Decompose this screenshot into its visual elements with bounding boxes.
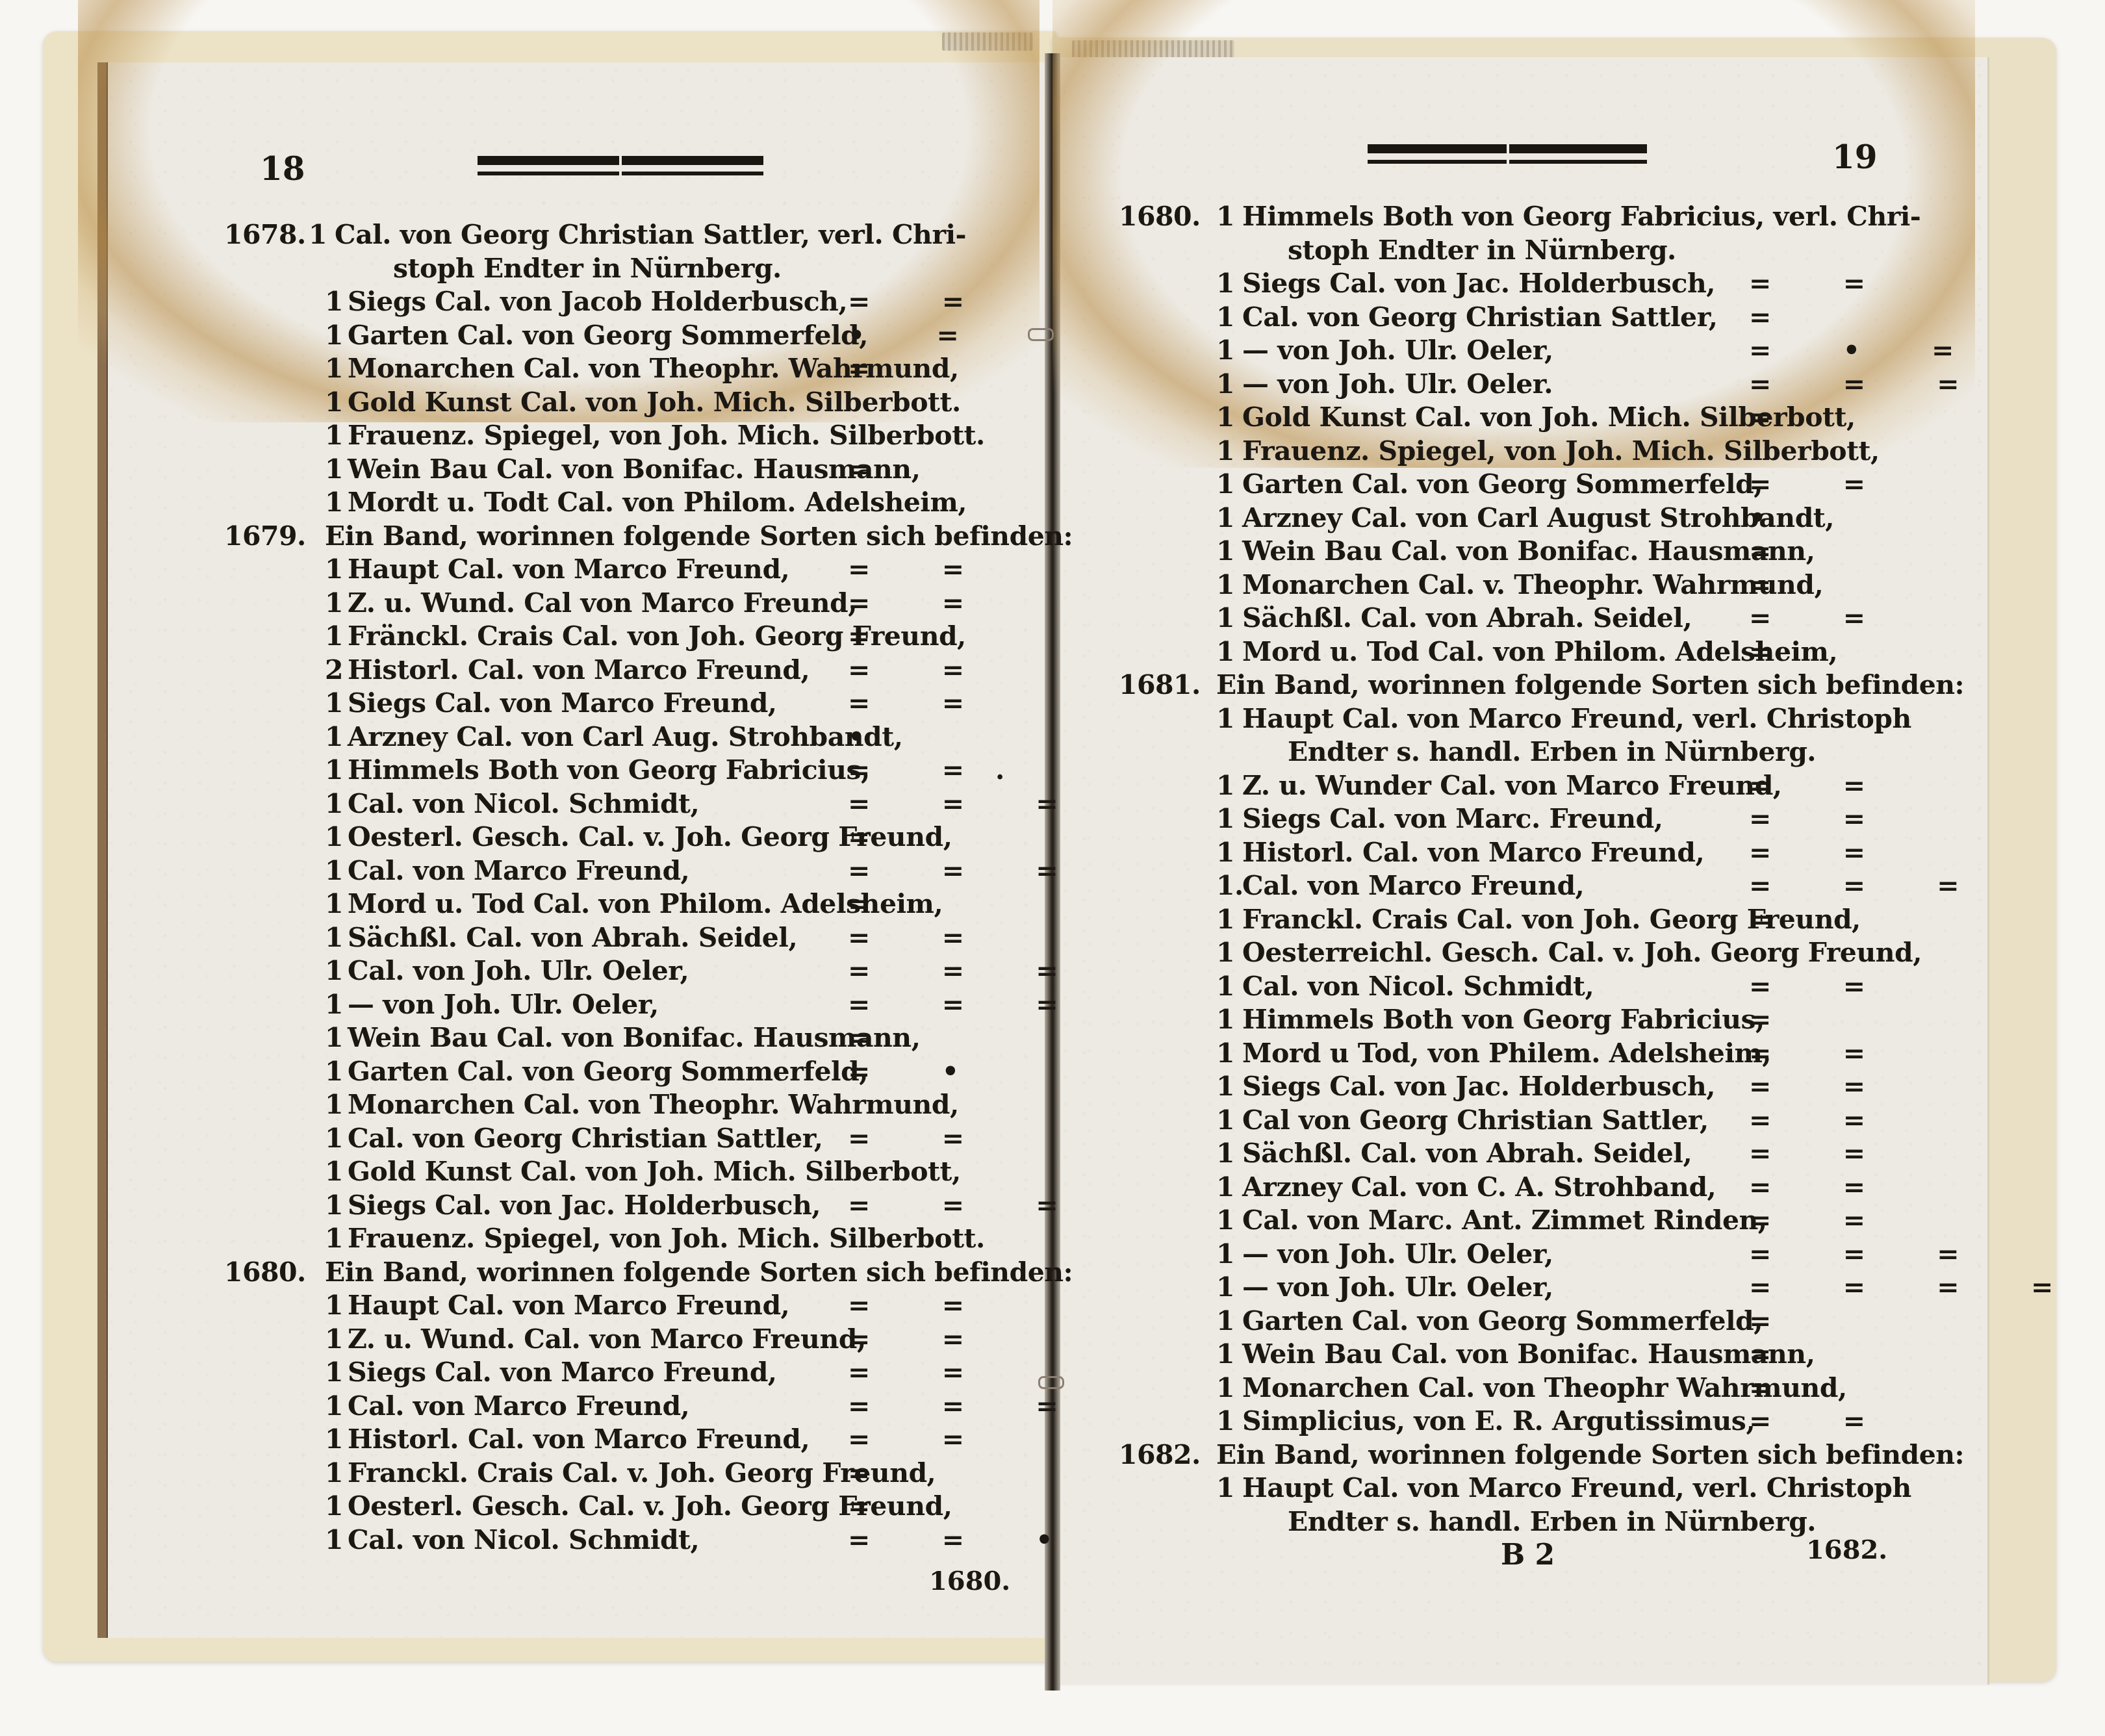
ditto-marks: = = [1749, 267, 1896, 301]
quantity: 1 [325, 1088, 343, 1122]
quantity: 1 [325, 319, 343, 353]
entry-text: Endter s. handl. Erben in Nürnberg. [1288, 1505, 1816, 1539]
entry-line: 1Gold Kunst Cal. von Joh. Mich. Silberbo… [1119, 401, 1918, 435]
entry-line: 1Oesterl. Gesch. Cal. v. Joh. Georg Freu… [224, 821, 1036, 854]
entry-text: Z. u. Wund. Cal. von Marco Freund, [348, 1323, 866, 1357]
ditto-marks: = [1749, 1372, 1802, 1405]
entry-line: 1Wein Bau Cal. von Bonifac. Hausmann,= [224, 453, 1036, 487]
entry-text: Cal. von Georg Christian Sattler, [1242, 301, 1718, 335]
quantity: 1 [325, 1457, 343, 1490]
entry-line: 1Z. u. Wund. Cal von Marco Freund,= = [224, 587, 1036, 620]
entry-text: Mordt u. Todt Cal. von Philom. Adelsheim… [348, 486, 967, 520]
entry-text: Garten Cal. von Georg Sommerfeld, [348, 319, 868, 353]
ditto-marks: = [1749, 535, 1802, 568]
entry-text: Ein Band, worinnen folgende Sorten sich … [325, 1256, 1073, 1290]
ditto-marks: = = [848, 1323, 995, 1357]
entry-text: Ein Band, worinnen folgende Sorten sich … [1216, 1438, 1964, 1472]
year-label: 1681. [1119, 669, 1201, 702]
entry-text: Oesterreichl. Gesch. Cal. v. Joh. Georg … [1242, 936, 1922, 970]
ditto-marks: = [1749, 568, 1802, 602]
entry-line: 1Historl. Cal. von Marco Freund,= = [224, 1423, 1036, 1457]
entry-text: Cal. von Marc. Ant. Zimmet Rinden, [1242, 1204, 1767, 1238]
year-heading-line: 1680.Ein Band, worinnen folgende Sorten … [224, 1256, 1036, 1290]
ditto-marks: = = = [848, 954, 1090, 988]
ditto-marks: = = • [848, 1524, 1084, 1557]
quantity: 1 [325, 386, 343, 420]
year-label: 1679. [224, 520, 306, 554]
entry-line: 1Mord u Tod, von Philem. Adelsheim,= = [1119, 1037, 1918, 1071]
entry-line: 1Franckl. Crais Cal. von Joh. Georg Freu… [1119, 903, 1918, 937]
quantity: 1 [325, 1390, 343, 1423]
quantity: 1 [325, 1021, 343, 1055]
quantity: 1 [325, 721, 343, 754]
entry-line: 1Wein Bau Cal. von Bonifac. Hausmann,= [224, 1021, 1036, 1055]
quantity: 1 [325, 1189, 343, 1223]
quantity: 1 [1216, 903, 1234, 937]
entry-line: 1Cal. von Georg Christian Sattler,= [1119, 301, 1918, 335]
quantity: 1 [1216, 267, 1234, 301]
entry-line: 1Mordt u. Todt Cal. von Philom. Adelshei… [224, 486, 1036, 520]
entry-text: Himmels Both von Georg Fabricius, [348, 754, 870, 787]
quantity: 1 [1216, 1338, 1234, 1372]
quantity: 1 [1216, 1472, 1234, 1505]
entry-text: Cal von Georg Christian Sattler, [1242, 1104, 1709, 1138]
entry-line: 1Siegs Cal. von Marco Freund,= = [224, 1356, 1036, 1390]
entry-text: Gold Kunst Cal. von Joh. Mich. Silberbot… [348, 386, 961, 420]
quantity: 1 [325, 887, 343, 921]
quantity: 1 [1216, 301, 1234, 335]
continuation-line: Endter s. handl. Erben in Nürnberg. [1119, 1505, 1918, 1539]
entry-line: 1Haupt Cal. von Marco Freund, verl. Chri… [1119, 702, 1918, 736]
entry-line: 1Sächßl. Cal. von Abrah. Seidel,= = [1119, 602, 1918, 635]
entry-text: Wein Bau Cal. von Bonifac. Hausmann, [348, 1021, 920, 1055]
header-rule-right [1368, 144, 1647, 166]
ditto-marks: = = [1749, 1137, 1896, 1171]
ditto-marks: = [1749, 903, 1802, 937]
entry-line: 1Oesterl. Gesch. Cal. v. Joh. Georg Freu… [224, 1490, 1036, 1524]
quantity: 1 [1216, 1271, 1234, 1305]
entry-text: Gold Kunst Cal. von Joh. Mich. Silberbot… [348, 1155, 961, 1189]
entry-line: 1Frauenz. Spiegel, von Joh. Mich. Silber… [1119, 435, 1918, 468]
entry-text: Siegs Cal. von Jac. Holderbusch, [348, 1189, 821, 1223]
entry-text: Wein Bau Cal. von Bonifac. Hausmann, [348, 453, 920, 487]
catchword-left: 1680. [929, 1566, 1010, 1596]
entry-line: 1Historl. Cal. von Marco Freund,= = [1119, 836, 1918, 870]
quantity: 2 [325, 654, 343, 687]
quantity: 1 [1216, 802, 1234, 836]
right-page-text: 1680.1Himmels Both von Georg Fabricius, … [1119, 200, 1918, 1538]
entry-text: Mord u. Tod Cal. von Philom. Adelsheim, [1242, 635, 1837, 669]
ditto-marks: = = [1749, 836, 1896, 870]
quantity: 1 [1216, 1372, 1234, 1405]
entry-text: Haupt Cal. von Marco Freund, verl. Chris… [1242, 702, 1911, 736]
entry-line: 1Cal. von Georg Christian Sattler,= = [224, 1122, 1036, 1156]
entry-text: Siegs Cal. von Jacob Holderbusch, [348, 285, 847, 319]
headband-left [942, 32, 1033, 51]
entry-text: Haupt Cal. von Marco Freund, [348, 553, 789, 587]
year-label: 1678. [224, 218, 306, 252]
ditto-marks: = = [1749, 1104, 1896, 1138]
ditto-marks: = [1749, 401, 1802, 435]
entry-line: 1Fränckl. Crais Cal. von Joh. Georg Freu… [224, 620, 1036, 654]
ditto-marks: = = [848, 1356, 995, 1390]
entry-text: Historl. Cal. von Marco Freund, [1242, 836, 1704, 870]
quantity: 1 [325, 1524, 343, 1557]
ditto-marks: = [848, 620, 901, 654]
ditto-marks: • [1749, 502, 1797, 535]
quantity: 1 [325, 988, 343, 1022]
entry-text: — von Joh. Ulr. Oeler, [1242, 1238, 1553, 1271]
entry-text: Himmels Both von Georg Fabricius, [1242, 1003, 1765, 1037]
quantity: 1 [1216, 1171, 1234, 1205]
ditto-marks: = = [848, 687, 995, 721]
entry-line: 1Siegs Cal. von Marco Freund,= = [224, 687, 1036, 721]
entry-line: 1Siegs Cal. von Jac. Holderbusch,= = [1119, 1070, 1918, 1104]
quantity: 1 [325, 854, 343, 888]
entry-line: 1Cal. von Marco Freund,= = = [224, 854, 1036, 888]
quantity: 1 [1216, 836, 1234, 870]
entry-text: Ein Band, worinnen folgende Sorten sich … [325, 520, 1073, 554]
ditto-marks: = = [1749, 1204, 1896, 1238]
quantity: 1 [1216, 502, 1234, 535]
entry-text: Endter s. handl. Erben in Nürnberg. [1288, 735, 1816, 769]
quantity: 1 [325, 553, 343, 587]
quantity: 1. [1216, 869, 1244, 903]
quantity: 1 [1216, 401, 1234, 435]
ditto-marks: = = [1749, 602, 1896, 635]
ditto-marks: = = [848, 1122, 995, 1156]
ditto-marks: = [848, 352, 901, 386]
quantity: 1 [1216, 702, 1234, 736]
entry-line: 1Monarchen Cal. von Theophr. Wahrmund,= [224, 352, 1036, 386]
entry-text: Z. u. Wund. Cal von Marco Freund, [348, 587, 857, 620]
entry-line: 1Cal von Georg Christian Sattler,= = [1119, 1104, 1918, 1138]
entry-text: — von Joh. Ulr. Oeler. [1242, 368, 1553, 402]
ditto-marks: = [848, 1021, 901, 1055]
quantity: 1 [325, 821, 343, 854]
entry-text: Siegs Cal. von Jac. Holderbusch, [1242, 267, 1715, 301]
signature-mark: B 2 [1501, 1538, 1555, 1572]
quantity: 1 [325, 486, 343, 520]
entry-line: 1Cal. von Marc. Ant. Zimmet Rinden,= = [1119, 1204, 1918, 1238]
ditto-marks: = • [848, 1055, 990, 1089]
entry-text: Siegs Cal. von Jac. Holderbusch, [1242, 1070, 1715, 1104]
entry-line: 1Sächßl. Cal. von Abrah. Seidel,= = [224, 921, 1036, 955]
entry-text: Haupt Cal. von Marco Freund, verl. Chris… [1242, 1472, 1911, 1505]
entry-text: Cal. von Nicol. Schmidt, [348, 1524, 699, 1557]
catchword-right: 1682. [1806, 1535, 1887, 1565]
entry-line: 1Mord u. Tod Cal. von Philom. Adelsheim,… [224, 887, 1036, 921]
quantity: 1 [325, 419, 343, 453]
ditto-marks: = = = [1749, 869, 1991, 903]
quantity: 1 [1216, 1003, 1234, 1037]
entry-line: 1Franckl. Crais Cal. v. Joh. Georg Freun… [224, 1457, 1036, 1490]
header-rule-left [478, 156, 763, 178]
entry-line: 1Cal. von Nicol. Schmidt,= = • [224, 1524, 1036, 1557]
ditto-marks: = = [1749, 769, 1896, 803]
ditto-marks: = [848, 887, 901, 921]
entry-text: Cal. von Georg Christian Sattler, verl. … [335, 218, 966, 252]
entry-line: 1Siegs Cal. von Jac. Holderbusch,= = = [224, 1189, 1036, 1223]
entry-text: Arzney Cal. von Carl Aug. Strohbandt, [348, 721, 902, 754]
quantity: 1 [1216, 435, 1234, 468]
entry-text: Historl. Cal. von Marco Freund, [348, 654, 810, 687]
entry-text: Frauenz. Spiegel, von Joh. Mich. Silberb… [1242, 435, 1880, 468]
entry-line: 1Cal. von Nicol. Schmidt,= = [1119, 970, 1918, 1004]
entry-line: 1678.1Cal. von Georg Christian Sattler, … [224, 218, 1036, 252]
quantity: 1 [1216, 602, 1234, 635]
entry-line: 1Simplicius, von E. R. Argutissimus,= = [1119, 1405, 1918, 1438]
ditto-marks: = = [848, 921, 995, 955]
entry-text: — von Joh. Ulr. Oeler, [1242, 334, 1553, 368]
quantity: 1 [1216, 200, 1234, 234]
entry-text: Cal. von Marco Freund, [348, 1390, 689, 1423]
ditto-marks: • = [848, 319, 990, 353]
entry-line: 1Wein Bau Cal. von Bonifac. Hausmann,= [1119, 1338, 1918, 1372]
quantity: 1 [325, 1323, 343, 1357]
quantity: 1 [325, 453, 343, 487]
quantity: 1 [325, 1356, 343, 1390]
entry-line: 1Oesterreichl. Gesch. Cal. v. Joh. Georg… [1119, 936, 1918, 970]
page-number-right: 19 [1832, 138, 1878, 176]
entry-line: 1Haupt Cal. von Marco Freund,= = [224, 1289, 1036, 1323]
entry-text: Frauenz. Spiegel, von Joh. Mich. Silberb… [348, 419, 985, 453]
quantity: 1 [1216, 769, 1234, 803]
quantity: 1 [325, 1155, 343, 1189]
entry-line: 1Cal. von Marco Freund,= = = [224, 1390, 1036, 1423]
ditto-marks: = = [848, 1423, 995, 1457]
ditto-marks: = [1749, 635, 1802, 669]
year-heading-line: 1681.Ein Band, worinnen folgende Sorten … [1119, 669, 1918, 702]
quantity: 1 [325, 1055, 343, 1089]
quantity: 1 [1216, 1137, 1234, 1171]
ditto-marks: = = = [848, 1390, 1090, 1423]
ditto-marks: = = [1749, 468, 1896, 502]
entry-text: Garten Cal. von Georg Sommerfeld, [1242, 468, 1763, 502]
entry-text: Cal. von Georg Christian Sattler, [348, 1122, 823, 1156]
entry-text: Siegs Cal. von Marco Freund, [348, 1356, 777, 1390]
continuation-line: stoph Endter in Nürnberg. [1119, 234, 1918, 268]
entry-text: Monarchen Cal. v. Theophr. Wahrmund, [1242, 568, 1823, 602]
entry-text: Sächßl. Cal. von Abrah. Seidel, [1242, 602, 1692, 635]
ditto-marks: = = [848, 1289, 995, 1323]
ditto-marks: = = [1749, 1037, 1896, 1071]
entry-line: 1Arzney Cal. von C. A. Strohband,= = [1119, 1171, 1918, 1205]
ditto-marks: = • = [1749, 334, 1985, 368]
ditto-marks: = = [848, 285, 995, 319]
entry-text: Haupt Cal. von Marco Freund, [348, 1289, 789, 1323]
quantity: 1 [1216, 368, 1234, 402]
quantity: 1 [1216, 936, 1234, 970]
quantity: 1 [325, 587, 343, 620]
quantity: 1 [1216, 1037, 1234, 1071]
entry-text: stoph Endter in Nürnberg. [1288, 234, 1676, 268]
ditto-marks: = = = [1749, 1238, 1991, 1271]
entry-line: 1Himmels Both von Georg Fabricius,= =. [224, 754, 1036, 787]
quantity: 1 [325, 1423, 343, 1457]
entry-line: 1Cal. von Joh. Ulr. Oeler,= = = [224, 954, 1036, 988]
quantity: 1 [309, 218, 327, 252]
entry-text: Cal. von Nicol. Schmidt, [1242, 970, 1594, 1004]
entry-line: 1Gold Kunst Cal. von Joh. Mich. Silberbo… [224, 1155, 1036, 1189]
quantity: 1 [325, 1289, 343, 1323]
ditto-marks: = = [848, 553, 995, 587]
quantity: 1 [325, 285, 343, 319]
ditto-marks: = [1749, 1338, 1802, 1372]
entry-line: 1Mord u. Tod Cal. von Philom. Adelsheim,… [1119, 635, 1918, 669]
binding-stitch-lower [1038, 1376, 1064, 1389]
quantity: 1 [1216, 1305, 1234, 1338]
entry-text: — von Joh. Ulr. Oeler, [1242, 1271, 1553, 1305]
ditto-marks: = = = = [1749, 1271, 2084, 1305]
quantity: 1 [1216, 535, 1234, 568]
entry-text: Cal. von Marco Freund, [348, 854, 689, 888]
year-label: 1680. [1119, 200, 1201, 234]
continuation-line: stoph Endter in Nürnberg. [224, 252, 1036, 286]
entry-text: stoph Endter in Nürnberg. [393, 252, 782, 286]
year-label: 1680. [224, 1256, 306, 1290]
entry-text: Siegs Cal. von Marco Freund, [348, 687, 777, 721]
entry-text: Monarchen Cal. von Theophr. Wahrmund, [348, 1088, 959, 1122]
entry-text: Frauenz. Spiegel, von Joh. Mich. Silberb… [348, 1222, 985, 1256]
entry-line: 1— von Joh. Ulr. Oeler,= • = [1119, 334, 1918, 368]
entry-line: 1Haupt Cal. von Marco Freund, verl. Chri… [1119, 1472, 1918, 1505]
entry-text: Simplicius, von E. R. Argutissimus, [1242, 1405, 1755, 1438]
entry-line: 1.Cal. von Marco Freund,= = = [1119, 869, 1918, 903]
entry-text: Ein Band, worinnen folgende Sorten sich … [1216, 669, 1964, 702]
entry-line: 1Garten Cal. von Georg Sommerfeld,• = [224, 319, 1036, 353]
entry-text: Sächßl. Cal. von Abrah. Seidel, [1242, 1137, 1692, 1171]
quantity: 1 [1216, 635, 1234, 669]
entry-line: 1Arzney Cal. von Carl Aug. Strohbandt,• [224, 721, 1036, 754]
entry-line: 1Frauenz. Spiegel, von Joh. Mich. Silber… [224, 1222, 1036, 1256]
entry-line: 1Siegs Cal. von Jacob Holderbusch,= = [224, 285, 1036, 319]
year-heading-line: 1679.Ein Band, worinnen folgende Sorten … [224, 520, 1036, 554]
quantity: 1 [325, 1122, 343, 1156]
ditto-marks: = [848, 453, 901, 487]
quantity: 1 [1216, 334, 1234, 368]
ditto-marks: = = = [848, 1189, 1090, 1223]
year-heading-line: 1682.Ein Band, worinnen folgende Sorten … [1119, 1438, 1918, 1472]
entry-line: 1Arzney Cal. von Carl August Strohbandt,… [1119, 502, 1918, 535]
entry-line: 1Z. u. Wunder Cal. von Marco Freund,= = [1119, 769, 1918, 803]
ditto-marks: • [848, 721, 896, 754]
quantity: 1 [325, 687, 343, 721]
entry-line: 1Siegs Cal. von Jac. Holderbusch,= = [1119, 267, 1918, 301]
ditto-marks: = = [1749, 970, 1896, 1004]
entry-line: 1Garten Cal. von Georg Sommerfeld,= [1119, 1305, 1918, 1338]
ditto-marks: = = [1749, 1171, 1896, 1205]
ditto-marks: = =. [848, 754, 1036, 787]
entry-line: 1Monarchen Cal. v. Theophr. Wahrmund,= [1119, 568, 1918, 602]
ditto-marks: = = [848, 587, 995, 620]
ditto-marks: = = [1749, 1405, 1896, 1438]
entry-line: 1Siegs Cal. von Marc. Freund,= = [1119, 802, 1918, 836]
entry-line: 1Garten Cal. von Georg Sommerfeld,= = [1119, 468, 1918, 502]
entry-text: Sächßl. Cal. von Abrah. Seidel, [348, 921, 797, 955]
ditto-marks: = = [848, 654, 995, 687]
entry-line: 1— von Joh. Ulr. Oeler,= = = = [1119, 1271, 1918, 1305]
entry-text: Wein Bau Cal. von Bonifac. Hausmann, [1242, 535, 1815, 568]
entry-text: Garten Cal. von Georg Sommerfeld, [348, 1055, 868, 1089]
quantity: 1 [1216, 970, 1234, 1004]
quantity: 1 [325, 620, 343, 654]
entry-text: Z. u. Wunder Cal. von Marco Freund, [1242, 769, 1782, 803]
quantity: 1 [1216, 468, 1234, 502]
ditto-marks: = = = [848, 787, 1090, 821]
ditto-marks: = = = [1749, 368, 1991, 402]
entry-line: 1Monarchen Cal. von Theophr. Wahrmund, [224, 1088, 1036, 1122]
entry-line: 1Sächßl. Cal. von Abrah. Seidel,= = [1119, 1137, 1918, 1171]
entry-line: 1680.1Himmels Both von Georg Fabricius, … [1119, 200, 1918, 234]
quantity: 1 [1216, 1405, 1234, 1438]
year-label: 1682. [1119, 1438, 1201, 1472]
entry-text: Siegs Cal. von Marc. Freund, [1242, 802, 1663, 836]
entry-text: Garten Cal. von Georg Sommerfeld, [1242, 1305, 1763, 1338]
quantity: 1 [1216, 1104, 1234, 1138]
ditto-marks: = [1749, 1003, 1802, 1037]
quantity: 1 [325, 1222, 343, 1256]
ditto-marks: = [1749, 1305, 1802, 1338]
entry-line: 1— von Joh. Ulr. Oeler.= = = [1119, 368, 1918, 402]
quantity: 1 [325, 954, 343, 988]
entry-text: Cal. von Nicol. Schmidt, [348, 787, 699, 821]
quantity: 1 [325, 787, 343, 821]
entry-line: 1— von Joh. Ulr. Oeler,= = = [1119, 1238, 1918, 1271]
page-number-left: 18 [260, 149, 305, 188]
quantity: 1 [325, 1490, 343, 1524]
entry-text: — von Joh. Ulr. Oeler, [348, 988, 659, 1022]
entry-text: Historl. Cal. von Marco Freund, [348, 1423, 810, 1457]
ditto-marks: = = = [848, 988, 1090, 1022]
entry-text: Wein Bau Cal. von Bonifac. Hausmann, [1242, 1338, 1815, 1372]
entry-line: 1Monarchen Cal. von Theophr Wahrmund,= [1119, 1372, 1918, 1405]
quantity: 1 [325, 352, 343, 386]
entry-line: 1Haupt Cal. von Marco Freund,= = [224, 553, 1036, 587]
entry-line: 1Cal. von Nicol. Schmidt,= = = [224, 787, 1036, 821]
entry-line: 1Wein Bau Cal. von Bonifac. Hausmann,= [1119, 535, 1918, 568]
entry-text: Arzney Cal. von Carl August Strohbandt, [1242, 502, 1834, 535]
entry-line: 1Frauenz. Spiegel, von Joh. Mich. Silber… [224, 419, 1036, 453]
ditto-marks: = = = [848, 854, 1090, 888]
entry-text: Arzney Cal. von C. A. Strohband, [1242, 1171, 1716, 1205]
quantity: 1 [1216, 1204, 1234, 1238]
ditto-marks: = [848, 1490, 901, 1524]
entry-line: 1Garten Cal. von Georg Sommerfeld,= • [224, 1055, 1036, 1089]
entry-line: 1— von Joh. Ulr. Oeler,= = = [224, 988, 1036, 1022]
ditto-marks: = [848, 1457, 901, 1490]
left-page-text: 1678.1Cal. von Georg Christian Sattler, … [224, 218, 1036, 1557]
quantity: 1 [325, 921, 343, 955]
ditto-marks: = [848, 821, 901, 854]
entry-line: 1Gold Kunst Cal. von Joh. Mich. Silberbo… [224, 386, 1036, 420]
ditto-marks: = = [1749, 802, 1896, 836]
headband-right [1072, 40, 1234, 58]
ditto-marks: = = [1749, 1070, 1896, 1104]
quantity: 1 [1216, 1238, 1234, 1271]
entry-text: Cal. von Joh. Ulr. Oeler, [348, 954, 689, 988]
quantity: 1 [325, 754, 343, 787]
quantity: 1 [1216, 568, 1234, 602]
entry-line: 1Z. u. Wund. Cal. von Marco Freund,= = [224, 1323, 1036, 1357]
quantity: 1 [1216, 1070, 1234, 1104]
entry-text: Cal. von Marco Freund, [1242, 869, 1584, 903]
entry-line: 1Himmels Both von Georg Fabricius,= [1119, 1003, 1918, 1037]
entry-text: Himmels Both von Georg Fabricius, verl. … [1242, 200, 1920, 234]
ditto-marks: = [1749, 301, 1802, 335]
continuation-line: Endter s. handl. Erben in Nürnberg. [1119, 735, 1918, 769]
entry-line: 2Historl. Cal. von Marco Freund,= = [224, 654, 1036, 687]
